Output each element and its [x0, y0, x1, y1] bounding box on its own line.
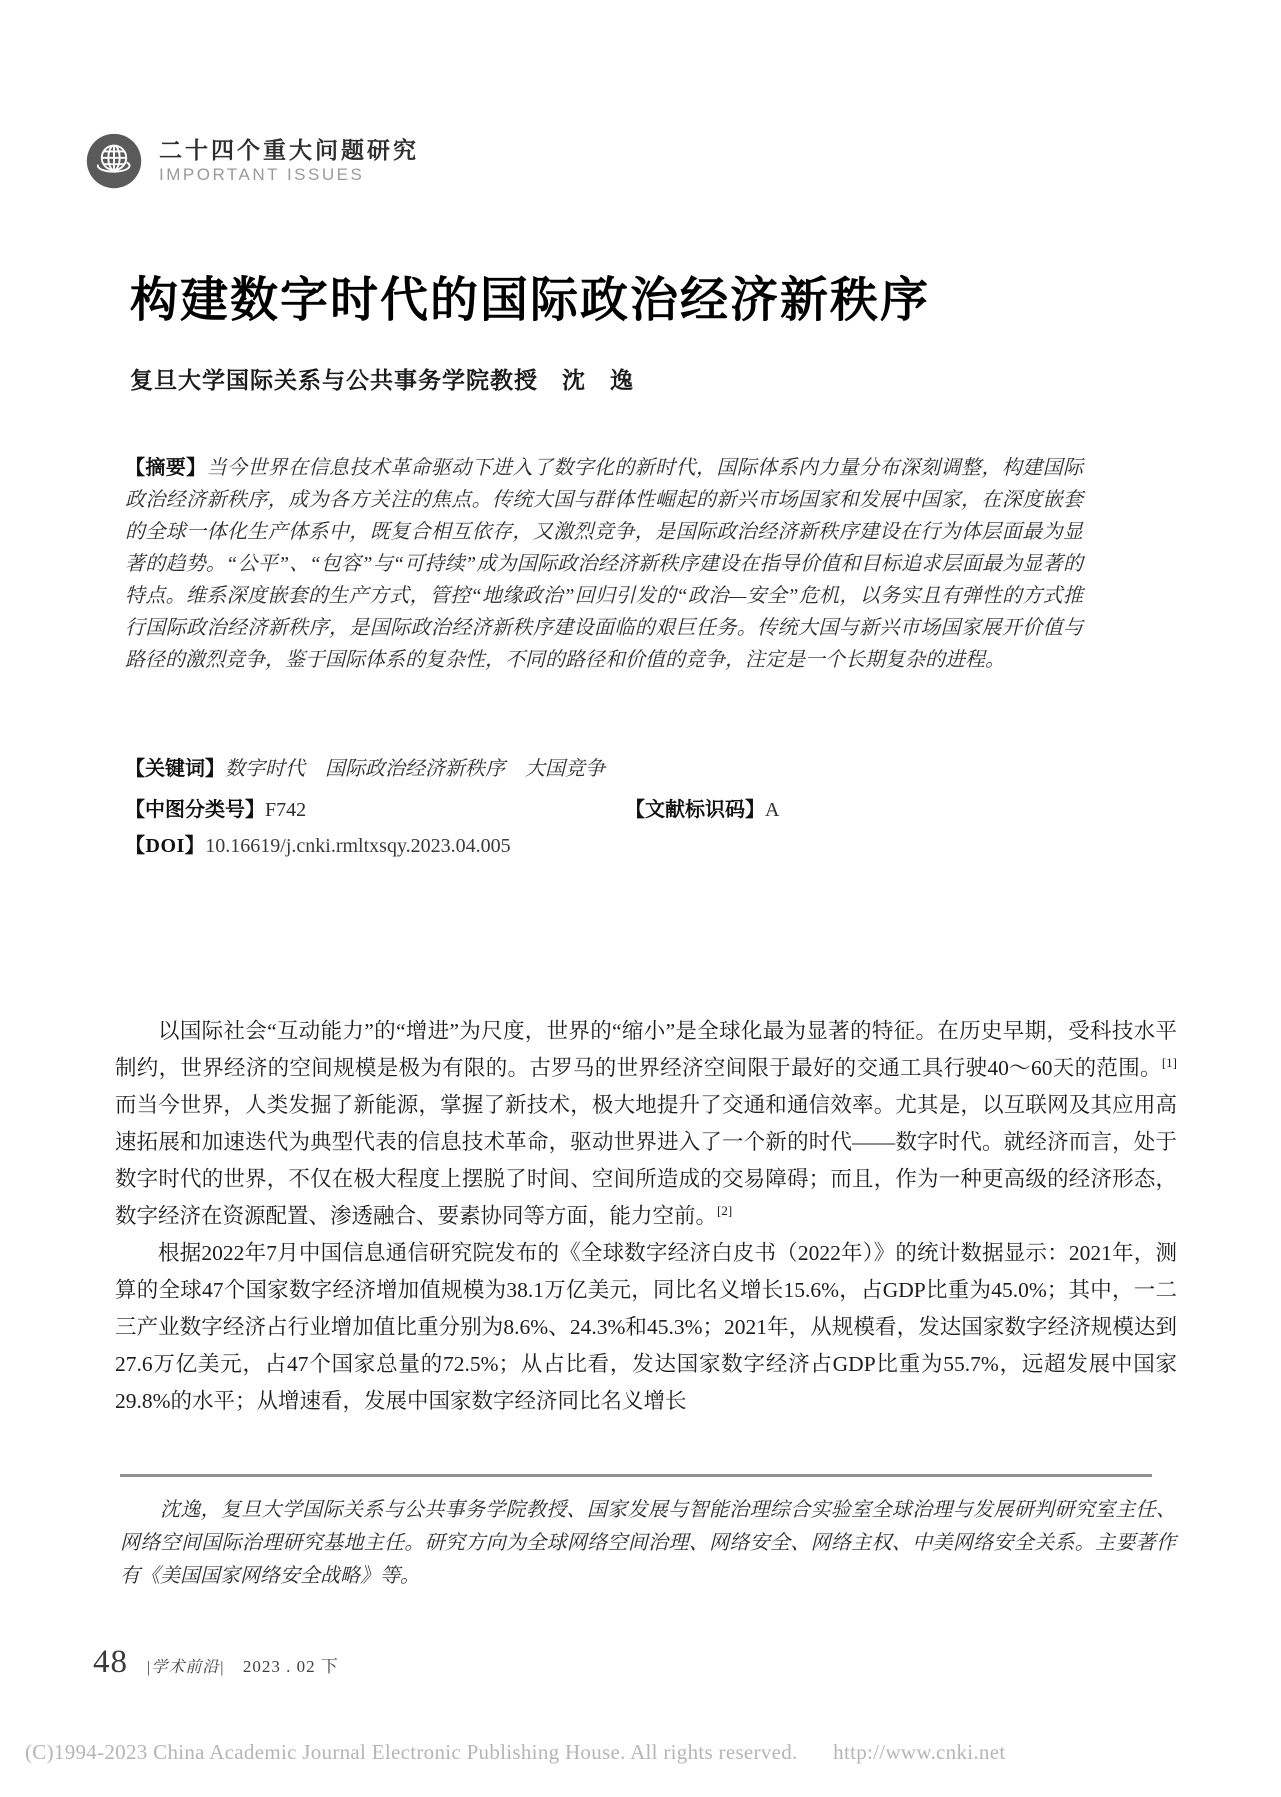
- page-number: 48: [93, 1644, 128, 1681]
- citation-ref-1: [1]: [1162, 1055, 1177, 1070]
- clc-label: 【中图分类号】: [125, 799, 265, 821]
- section-title-zh: 二十四个重大问题研究: [159, 138, 419, 163]
- abstract-text: 当今世界在信息技术革命驱动下进入了数字化的新时代，国际体系内力量分布深刻调整，构…: [125, 457, 1083, 671]
- abstract-label: 【摘要】: [125, 457, 207, 479]
- section-title-en: IMPORTANT ISSUES: [159, 166, 419, 185]
- journal-brand: 二十四个重大问题研究 IMPORTANT ISSUES: [85, 132, 419, 190]
- keywords-label: 【关键词】: [125, 758, 225, 780]
- cnki-url: http://www.cnki.net: [833, 1740, 1005, 1764]
- article-title: 构建数字时代的国际政治经济新秩序: [130, 270, 930, 332]
- body-p1-text-1: 以国际社会“互动能力”的“增进”为尺度，世界的“缩小”是全球化最为显著的特征。在…: [115, 1019, 1177, 1080]
- author-line: 复旦大学国际关系与公共事务学院教授 沈 逸: [130, 362, 634, 395]
- copyright-text: (C)1994-2023 China Academic Journal Elec…: [25, 1740, 798, 1764]
- issue-label: 2023 . 02 下: [243, 1652, 339, 1677]
- doc-code-group: 【文献标识码】A: [625, 794, 779, 826]
- journal-page: 二十四个重大问题研究 IMPORTANT ISSUES 构建数字时代的国际政治经…: [0, 0, 1281, 1797]
- abstract-block: 【摘要】当今世界在信息技术革命驱动下进入了数字化的新时代，国际体系内力量分布深刻…: [125, 452, 1083, 676]
- body-paragraph-1: 以国际社会“互动能力”的“增进”为尺度，世界的“缩小”是全球化最为显著的特征。在…: [115, 1013, 1177, 1235]
- doi-value: 10.16619/j.cnki.rmltxsqy.2023.04.005: [205, 835, 510, 857]
- doc-code-label: 【文献标识码】: [625, 799, 765, 821]
- classification-line: 【中图分类号】F742 【文献标识码】A: [125, 794, 1083, 826]
- keywords-line: 【关键词】数字时代 国际政治经济新秩序 大国竞争: [125, 753, 605, 785]
- doi-line: 【DOI】10.16619/j.cnki.rmltxsqy.2023.04.00…: [125, 830, 511, 862]
- page-footer: 48 |学术前沿| 2023 . 02 下: [93, 1644, 339, 1681]
- journal-name: |学术前沿|: [146, 1654, 225, 1677]
- keywords-text: 数字时代 国际政治经济新秩序 大国竞争: [225, 758, 605, 780]
- body-p1-text-2: 而当今世界，人类发掘了新能源，掌握了新技术，极大地提升了交通和通信效率。尤其是，…: [115, 1093, 1177, 1228]
- author-footnote: 沈逸，复旦大学国际关系与公共事务学院教授、国家发展与智能治理综合实验室全球治理与…: [120, 1494, 1176, 1593]
- doi-label: 【DOI】: [125, 835, 205, 857]
- footnote-divider: [120, 1474, 1152, 1477]
- globe-icon: [85, 132, 143, 190]
- doc-code-value: A: [765, 799, 779, 821]
- clc-value: F742: [265, 799, 306, 821]
- clc-group: 【中图分类号】F742: [125, 799, 306, 821]
- citation-ref-2: [2]: [717, 1203, 732, 1218]
- article-body: 以国际社会“互动能力”的“增进”为尺度，世界的“缩小”是全球化最为显著的特征。在…: [115, 1013, 1177, 1420]
- body-paragraph-2: 根据2022年7月中国信息通信研究院发布的《全球数字经济白皮书（2022年）》的…: [115, 1235, 1177, 1420]
- copyright-bar: (C)1994-2023 China Academic Journal Elec…: [25, 1740, 1006, 1765]
- journal-brand-text: 二十四个重大问题研究 IMPORTANT ISSUES: [159, 138, 419, 185]
